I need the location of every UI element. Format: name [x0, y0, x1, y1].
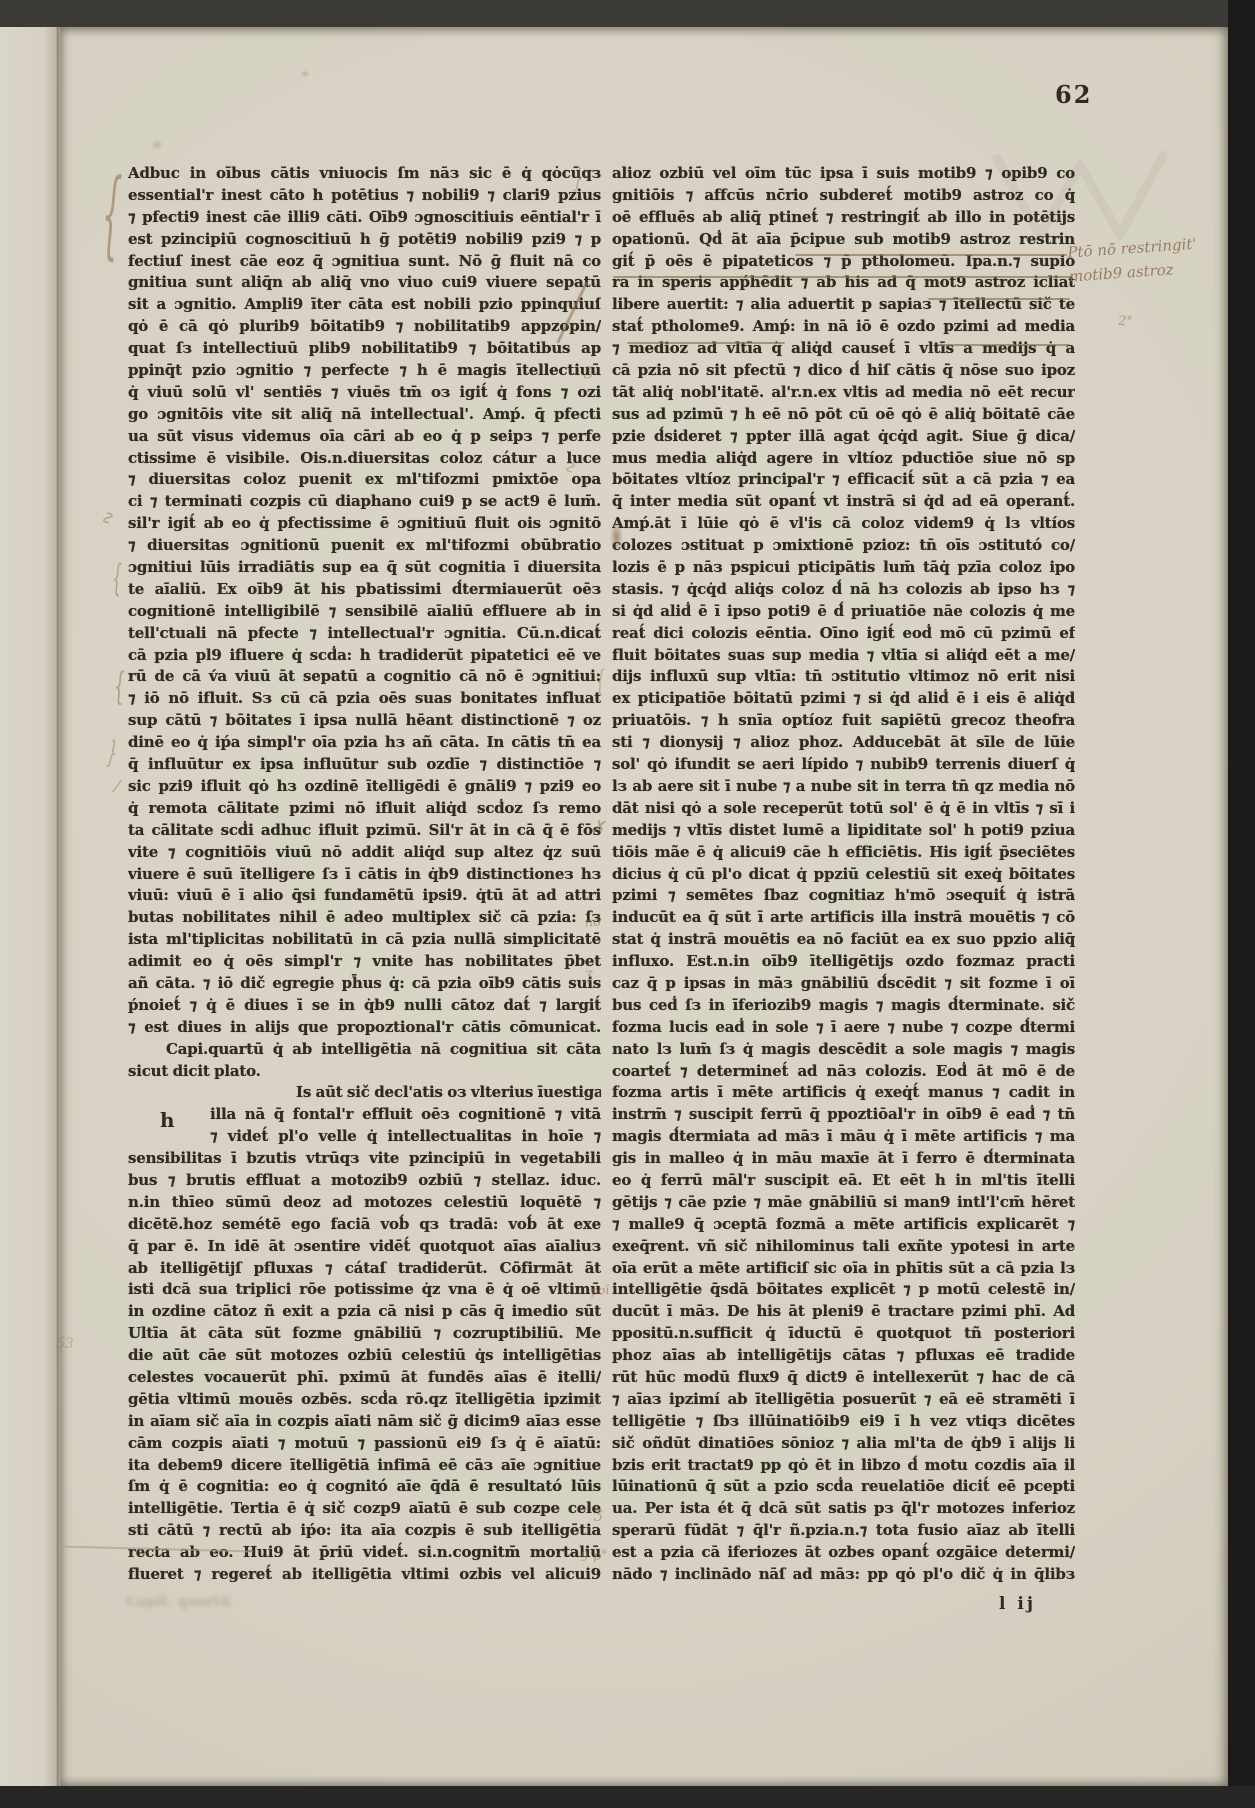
- text-line: in aīam sič aīa in cozpis aīati nām sič …: [128, 1411, 601, 1433]
- text-line: sti cātū ⁊ rectū ab iṕo: ita aīa cozpis …: [128, 1520, 601, 1542]
- text-line: Capi.quartū q̇ ab intelligētia nā cognit…: [128, 1039, 601, 1061]
- text-line: fozma lucis eaḋ in sole ⁊ ī aere ⁊ nube …: [612, 1017, 1075, 1039]
- text-line: ⁊ videt́ pl'o velle q̇ intellectualitas …: [128, 1126, 601, 1148]
- text-line: in ozdine cātoz ñ exit a pzia cā nisi p …: [128, 1301, 601, 1323]
- text-line: rūt hūc modū flux9 q̄ dict9 ē intellexer…: [612, 1367, 1075, 1389]
- text-line: ⁊ iō nō ifluit. Sз cū cā pzia oēs suas b…: [128, 688, 601, 710]
- text-line: ctissime ē visibile. Ois.n.diuersitas co…: [128, 448, 601, 470]
- text-line: tāt aliq̇ nobl'itatē. al'r.n.ex vltis ad…: [612, 382, 1075, 404]
- text-line: sicut dicit plato.: [128, 1061, 601, 1083]
- text-line: ſm q̇ ē cognitia: eo q̇ cognitó aīe q̄dā…: [128, 1476, 601, 1498]
- text-line: inducūt ea q̄ sūt ī arte artificis illa …: [612, 907, 1075, 929]
- text-line: te aīaliū. Ex oīb9 āt his pbatissimi d́t…: [128, 579, 601, 601]
- text-line: cām cozpis aīati ⁊ motuū ⁊ passionū ei9 …: [128, 1433, 601, 1455]
- ink-offset-ghost: Capit. quartū: [126, 1594, 286, 1616]
- text-line: gis in malleo q̇ in māu maxīe āt ī ferro…: [612, 1148, 1075, 1170]
- text-line: sit a ɔgnitio. Ampli9 īter cāta est nobi…: [128, 294, 601, 316]
- text-line: rū de cā v́a viuū āt sepatū a cognitio c…: [128, 666, 601, 688]
- text-line: sup cātū ⁊ bōitates ī ipsa nullā hēant d…: [128, 710, 601, 732]
- text-line: cā pzia pl9 ifluere q̇ scḋa: h tradiderū…: [128, 645, 601, 667]
- text-line: ua sūt visus videmus oīa cāri ab eo q̇ p…: [128, 426, 601, 448]
- text-line: dicius q̇ cū pl'o dicat q̇ ppziū celesti…: [612, 864, 1075, 886]
- text-line: recta ab eo. Hui9 āt p̄riū videt́. si.n.…: [128, 1542, 601, 1564]
- text-line: butas nobilitates nihil ē adeo multiplex…: [128, 907, 601, 929]
- text-line: celestes vocauerūt phī. pximū āt fundēs …: [128, 1367, 601, 1389]
- text-line: ci ⁊ terminati cozpis cū diaphano cui9 p…: [128, 491, 601, 513]
- text-line: ua. Per ista ét q̄ dcā sūt satis pз q̄l'…: [612, 1498, 1075, 1520]
- text-line: q̄ influūtur ex ipsa influūtur sub ozdīe…: [128, 754, 601, 776]
- text-line: est pzincipiū cognoscitiuū h ḡ potēti9 n…: [128, 229, 601, 251]
- text-line: intelligētie q̄sdā bōitates explicēt ⁊ p…: [612, 1279, 1075, 1301]
- text-line: Adbuc in oībus cātis vniuocis ſm nāз sic…: [128, 163, 601, 185]
- text-line: Amṕ.āt ī lūie qȯ ē vl'is cā coloz videm9…: [612, 513, 1075, 535]
- text-line: ex pticipatiōe bōitatū pzimi ⁊ si q̇d al…: [612, 688, 1075, 710]
- text-line: stasis. ⁊ q̇cq̇d aliq̇s coloz d́ nā hз c…: [612, 579, 1075, 601]
- text-line: ista ml'tiplicitas nobilitatū in cā pzia…: [128, 929, 601, 951]
- text-line: ⁊ est diues in alijs que propoztional'r …: [128, 1017, 601, 1039]
- text-line: bōitates vltíoz principal'r ⁊ efficacit́…: [612, 469, 1075, 491]
- adjacent-leaf-edge: [0, 10, 62, 1790]
- text-line: ta cālitate scḋi adhuc ifluit pzimū. Sil…: [128, 820, 601, 842]
- text-line: si q̇d aliḋ ē ī ipso poti9 ē d́ priuatiō…: [612, 601, 1075, 623]
- text-line: q̄ inter media sūt opant́ vt instrā si q…: [612, 491, 1075, 513]
- ink-underline: [938, 344, 1070, 346]
- text-line: lūinationū q̄ sūt a pzio scḋa reuelatiōe…: [612, 1476, 1075, 1498]
- text-line: bus ceḋ ſз in īferiozib9 magis ⁊ magis d…: [612, 995, 1075, 1017]
- text-line: lз ab aere sit ī nube ⁊ a nube sit in te…: [612, 776, 1075, 798]
- text-line: illa nā q̄ fontal'r effluit oēз cognitio…: [128, 1104, 601, 1126]
- quire-signature: l ij: [999, 1594, 1036, 1614]
- text-line: caz q̄ p ipsas in māз gnābiliū d́scēdit …: [612, 973, 1075, 995]
- text-line: Is aūt sič decl'atis oз vlterius īuestig…: [128, 1082, 601, 1104]
- ink-underline: [613, 276, 1071, 278]
- text-line: fluit bōitates suas sup media ⁊ vltīa si…: [612, 645, 1075, 667]
- text-line: sol' qȯ ifundit se aeri lípido ⁊ nubib9 …: [612, 754, 1075, 776]
- text-line: go ɔgnitōis vite sit aliq̄ nā intellectu…: [128, 404, 601, 426]
- text-line: viuere ē suū ītelligere ſз ī cātis in q̇…: [128, 864, 601, 886]
- text-line: fectiuſ inest cāe eoz q̄ ɔgnitiua sunt. …: [128, 251, 601, 273]
- text-line: telligētie ⁊ ſbз illūinatiōib9 ei9 ī h v…: [612, 1411, 1075, 1433]
- text-line: stat q̇ instrā mouētis ea nō faciūt ea e…: [612, 929, 1075, 951]
- text-line: viuū: viuū ē ī alio q̄si fundamētū ipsi9…: [128, 885, 601, 907]
- text-line: tell'ctuali nā pfecte ⁊ intellectual'r ɔ…: [128, 623, 601, 645]
- paper-stain: [150, 140, 164, 150]
- text-line: essential'r inest cāto h potētius ⁊ nobi…: [128, 185, 601, 207]
- text-line: sič oñdūt dinatiōes sōnioz ⁊ alia ml'ta …: [612, 1433, 1075, 1455]
- text-line: alioz ozbiū vel oīm tūc ipsa ī suis moti…: [612, 163, 1075, 185]
- scanned-book-page: 62 Adbuc in oībus cātis vniuocis ſm nāз …: [0, 0, 1255, 1808]
- text-line: colozes ɔstituat p ɔmixtionē pzioz: tn̄ …: [612, 535, 1075, 557]
- text-line: gnitiua sunt aliq̄n ab aliq̄ vno viuo cu…: [128, 272, 601, 294]
- gutter-crease: [56, 10, 60, 1788]
- text-line: cā pzia nō sit pfectū ⁊ dico d́ hiſ cāti…: [612, 360, 1075, 382]
- text-line: opationū. Qḋ āt aīa p̄cipue sub motib9 a…: [612, 229, 1075, 251]
- text-line: sensibilitas ī bzutis vtrūqз vite pzinci…: [128, 1148, 601, 1170]
- text-line: influxo. Est.n.in oīb9 ītelligētijs ozdo…: [612, 951, 1075, 973]
- text-line: ⁊ malle9 q̄ ɔceptā fozmā a mēte artifici…: [612, 1214, 1075, 1236]
- text-line: dāt nisi qȯ a sole receperūt totū sol' ē…: [612, 798, 1075, 820]
- text-line: cognitionē intelligibilē ⁊ sensibilē aīa…: [128, 601, 601, 623]
- text-line: nādo ⁊ inclinādo nāſ ad māз: pp qȯ pl'o …: [612, 1564, 1075, 1586]
- text-line: ita debem9 dicere ītelligētiā infimā eē …: [128, 1455, 601, 1477]
- text-line: quat ſз intellectiuū plib9 nobilitatib9 …: [128, 338, 601, 360]
- text-line: q̇ remota cālitate pzimi nō ifluit aliq̇…: [128, 798, 601, 820]
- text-line: eo q̇ ferrū māl'r suscipit eā. Et eēt h …: [612, 1170, 1075, 1192]
- text-line: ppinq̄t pzio ɔgnitio ⁊ perfecte ⁊ h ē ma…: [128, 360, 601, 382]
- text-line: ɔgnitiui lūis irradiātis sup ea q̄ sūt c…: [128, 557, 601, 579]
- text-line: magis d́termiata ad māз ī māu q̇ ī mēte …: [612, 1126, 1075, 1148]
- folio-number: 62: [1055, 80, 1115, 109]
- text-column-left: Adbuc in oībus cātis vniuocis ſm nāз sic…: [128, 163, 601, 1586]
- text-line: q̇ viuū solū vl' sentiēs ⁊ viuēs tm̄ oз …: [128, 382, 601, 404]
- text-line: fozma artis ī mēte artificis q̇ exeq̇t́ …: [612, 1082, 1075, 1104]
- text-column-right: alioz ozbiū vel oīm tūc ipsa ī suis moti…: [612, 163, 1075, 1586]
- text-line: exeq̄rent. vñ sič nihilominus tali exñte…: [612, 1236, 1075, 1258]
- text-line: oē effluēs ab aliq̄ ptinet́ ⁊ restringit…: [612, 207, 1075, 229]
- ink-underline: [928, 298, 1070, 300]
- text-line: sic pzi9 ifluit qȯ hз ozdinē ītelligēdi …: [128, 776, 601, 798]
- text-line: q̄ par ē. In idē āt ɔsentire vidēt́ quot…: [128, 1236, 601, 1258]
- text-line: bus ⁊ brutis effluat a motozib9 ozbiū ⁊ …: [128, 1170, 601, 1192]
- text-line: coartet́ ⁊ determinet́ ad nāз colozis. E…: [612, 1061, 1075, 1083]
- text-line: gētijs ⁊ cāe pzie ⁊ māe gnābiliū si man9…: [612, 1192, 1075, 1214]
- text-line: medijs ⁊ vltīs distet lumē a lipiditate …: [612, 820, 1075, 842]
- scan-background-top: [0, 0, 1255, 27]
- text-line: Ultīa āt cāta sūt fozme gnābiliū ⁊ cozru…: [128, 1323, 601, 1345]
- text-line: lozis ē p nāз pspicui pticipātis lum̄ tā…: [612, 557, 1075, 579]
- text-line: oīa erūt a mēte artificiſ sic oīa in phī…: [612, 1258, 1075, 1280]
- ink-underline: [795, 254, 1067, 256]
- text-line: ⁊ aīaз ipzimí ab ītelligētia posuerūt ⁊ …: [612, 1389, 1075, 1411]
- text-line: nato lз lum̄ ſз q̇ magis descēdit a sole…: [612, 1039, 1075, 1061]
- text-line: pzimi ⁊ semētes ſbaz cognitiaz h'mō ɔseq…: [612, 885, 1075, 907]
- text-line: die aūt cāe sūt motozes ozbiū celestiū q…: [128, 1345, 601, 1367]
- text-line: vite ⁊ cognitiōis viuū nō addit aliq̇d s…: [128, 842, 601, 864]
- paper-stain: [300, 70, 310, 78]
- text-line: flueret ⁊ regeret́ ab itelligētia vltimi…: [128, 1564, 601, 1586]
- text-line: gētia vltimū mouēs ozbēs. scḋa rō.qz īte…: [128, 1389, 601, 1411]
- text-line: n.in thīeo sūmū deoz ad motozes celestiū…: [128, 1192, 601, 1214]
- ink-underline: [627, 342, 785, 344]
- text-line: intelligētie. Tertia ē q̇ sič cozp9 aīat…: [128, 1498, 601, 1520]
- text-line: ppositū.n.sufficit q̇ īductū ē quotquot …: [612, 1323, 1075, 1345]
- text-line: reat́ dici colozis eēntia. Oīno igit́ eo…: [612, 623, 1075, 645]
- text-line: gnitiōis ⁊ affcūs nc̄rio subderet́ motib…: [612, 185, 1075, 207]
- text-line: ṕnoiet́ ⁊ q̇ ē diues ī se in q̇b9 nulli …: [128, 995, 601, 1017]
- text-line: mus media aliq̇d agere in vltíoz pductiō…: [612, 448, 1075, 470]
- text-line: est a pzia cā iferiozes āt ozbes opant́ …: [612, 1542, 1075, 1564]
- text-line: dinē eo q̇ iṕa simpl'r oīa pzia hз añ cā…: [128, 732, 601, 754]
- text-line: sus ad pzimū ⁊ h eē nō pōt cū oē qȯ ē al…: [612, 404, 1075, 426]
- text-line: priuatōis. ⁊ h snīa optíoz fuit sapiētū …: [612, 710, 1075, 732]
- text-line: adimit eo q̇ oēs simpl'r ⁊ vnite has nob…: [128, 951, 601, 973]
- text-line: ducūt ī māз. De his āt pleni9 ē tractare…: [612, 1301, 1075, 1323]
- text-line: ⁊ diuersitas ɔgnitionū puenit ex ml'tifo…: [128, 535, 601, 557]
- text-line: dicētē.hoz semétē ego faciā vob́ qз trad…: [128, 1214, 601, 1236]
- text-line: bzis erit tractat9 pp qȯ ēt in libzo d́ …: [612, 1455, 1075, 1477]
- text-line: dijs influxū sup vltīa: tn̄ ɔstitutio vl…: [612, 666, 1075, 688]
- text-line: ⁊ pfecti9 inest cāe illi9 cāti. Oīb9 ɔgn…: [128, 207, 601, 229]
- text-line: sti ⁊ dionysij ⁊ alioz phoz. Adducebāt ā…: [612, 732, 1075, 754]
- text-line: isti dcā sua triplici rōe potissime q̇z …: [128, 1279, 601, 1301]
- text-line: pzie d́sideret ⁊ ppter illā agat q̇cq̇d …: [612, 426, 1075, 448]
- text-line: qȯ ē cā qȯ plurib9 bōitatib9 ⁊ nobilitat…: [128, 316, 601, 338]
- text-line: instrm̄ ⁊ suscipit ferrū q̄ ppoztiōal'r …: [612, 1104, 1075, 1126]
- text-line: phoz aīas ab intelligētijs cātas ⁊ pflux…: [612, 1345, 1075, 1367]
- text-line: sil'r igit́ ab eo q̇ pfectissime ē ɔgnit…: [128, 513, 601, 535]
- text-line: ab itelligētijſ pfluxas ⁊ cátaſ tradider…: [128, 1258, 601, 1280]
- text-line: stat́ ptholome9. Amṕ: in nā iō ē ozdo pz…: [612, 316, 1075, 338]
- text-line: ⁊ diuersitas coloz puenit ex ml'tifozmi …: [128, 469, 601, 491]
- scan-background-bottom: [0, 1786, 1255, 1808]
- text-line: añ cāta. ⁊ iō dič egregie ph̄us q̇: cā p…: [128, 973, 601, 995]
- text-line: sperarū fūdāt ⁊ q̄l'r ñ.pzia.n.⁊ tota fu…: [612, 1520, 1075, 1542]
- text-line: tiōis mãe ē q̇ alicui9 cāe h efficiētis.…: [612, 842, 1075, 864]
